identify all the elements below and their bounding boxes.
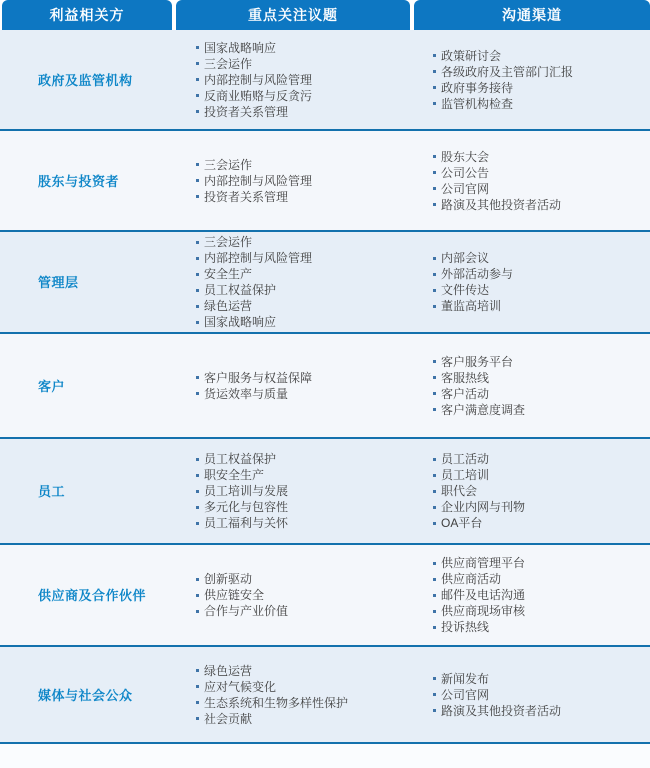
list-item: 董监高培训 — [433, 298, 650, 314]
list-item: 内部会议 — [433, 250, 650, 266]
topics-list: 三会运作内部控制与风险管理投资者关系管理 — [196, 157, 410, 205]
list-item: 公司官网 — [433, 687, 650, 703]
item-text: 职代会 — [441, 483, 477, 499]
bullet-icon — [196, 610, 199, 613]
item-text: 三会运作 — [204, 234, 252, 250]
table-row: 管理层 三会运作内部控制与风险管理安全生产员工权益保护绿色运营国家战略响应 内部… — [0, 232, 650, 334]
item-text: 公司公告 — [441, 165, 489, 181]
channels-cell: 政策研讨会各级政府及主管部门汇报政府事务接待监管机构检查 — [410, 48, 650, 112]
channels-cell: 员工活动员工培训职代会企业内网与刊物OA平台 — [410, 451, 650, 531]
item-text: 员工权益保护 — [204, 451, 276, 467]
list-item: 客服热线 — [433, 370, 650, 386]
bullet-icon — [433, 187, 436, 190]
bullet-icon — [196, 179, 199, 182]
item-text: 各级政府及主管部门汇报 — [441, 64, 573, 80]
bullet-icon — [433, 693, 436, 696]
bullet-icon — [433, 289, 436, 292]
list-item: 员工权益保护 — [196, 282, 410, 298]
list-item: 公司官网 — [433, 181, 650, 197]
list-item: 供应商活动 — [433, 571, 650, 587]
stakeholder-cell: 媒体与社会公众 — [0, 685, 172, 705]
item-text: 创新驱动 — [204, 571, 252, 587]
stakeholder-label: 供应商及合作伙伴 — [38, 588, 146, 603]
item-text: 新闻发布 — [441, 671, 489, 687]
list-item: 各级政府及主管部门汇报 — [433, 64, 650, 80]
item-text: 内部控制与风险管理 — [204, 173, 312, 189]
item-text: 三会运作 — [204, 56, 252, 72]
list-item: 股东大会 — [433, 149, 650, 165]
bullet-icon — [196, 392, 199, 395]
channels-cell: 内部会议外部活动参与文件传达董监高培训 — [410, 250, 650, 314]
list-item: OA平台 — [433, 515, 650, 531]
bullet-icon — [433, 171, 436, 174]
list-item: 绿色运营 — [196, 298, 410, 314]
bullet-icon — [433, 376, 436, 379]
item-text: 员工培训 — [441, 467, 489, 483]
item-text: 客户服务与权益保障 — [204, 370, 312, 386]
item-text: 内部控制与风险管理 — [204, 250, 312, 266]
item-text: 员工福利与关怀 — [204, 515, 288, 531]
item-text: 社会贡献 — [204, 711, 252, 727]
list-item: 路演及其他投资者活动 — [433, 197, 650, 213]
item-text: 公司官网 — [441, 181, 489, 197]
next-row-strip — [0, 744, 650, 768]
stakeholder-label: 股东与投资者 — [38, 174, 119, 189]
item-text: 客户服务平台 — [441, 354, 513, 370]
bullet-icon — [196, 578, 199, 581]
list-item: 国家战略响应 — [196, 314, 410, 330]
bullet-icon — [433, 408, 436, 411]
channels-list: 政策研讨会各级政府及主管部门汇报政府事务接待监管机构检查 — [433, 48, 650, 112]
item-text: 企业内网与刊物 — [441, 499, 525, 515]
list-item: 供应商现场审核 — [433, 603, 650, 619]
item-text: 政策研讨会 — [441, 48, 501, 64]
list-item: 内部控制与风险管理 — [196, 72, 410, 88]
topics-cell: 客户服务与权益保障货运效率与质量 — [172, 370, 410, 402]
bullet-icon — [196, 62, 199, 65]
bullet-icon — [433, 578, 436, 581]
bullet-icon — [196, 669, 199, 672]
stakeholder-label: 媒体与社会公众 — [38, 688, 133, 703]
stakeholder-label: 管理层 — [38, 275, 79, 290]
list-item: 货运效率与质量 — [196, 386, 410, 402]
list-item: 新闻发布 — [433, 671, 650, 687]
table-row: 客户 客户服务与权益保障货运效率与质量 客户服务平台客服热线客户活动客户满意度调… — [0, 334, 650, 439]
item-text: 员工权益保护 — [204, 282, 276, 298]
item-text: 职安全生产 — [204, 467, 264, 483]
stakeholder-cell: 供应商及合作伙伴 — [0, 585, 172, 605]
item-text: 投诉热线 — [441, 619, 489, 635]
topics-list: 员工权益保护职安全生产员工培训与发展多元化与包容性员工福利与关怀 — [196, 451, 410, 531]
bullet-icon — [196, 701, 199, 704]
table-row: 媒体与社会公众 绿色运营应对气候变化生态系统和生物多样性保护社会贡献 新闻发布公… — [0, 647, 650, 744]
list-item: 客户服务与权益保障 — [196, 370, 410, 386]
channels-cell: 供应商管理平台供应商活动邮件及电话沟通供应商现场审核投诉热线 — [410, 555, 650, 635]
item-text: 投资者关系管理 — [204, 189, 288, 205]
bullet-icon — [433, 610, 436, 613]
bullet-icon — [433, 562, 436, 565]
item-text: 国家战略响应 — [204, 40, 276, 56]
channels-list: 供应商管理平台供应商活动邮件及电话沟通供应商现场审核投诉热线 — [433, 555, 650, 635]
item-text: 国家战略响应 — [204, 314, 276, 330]
table-header: 利益相关方 重点关注议题 沟通渠道 — [0, 0, 650, 30]
bullet-icon — [433, 522, 436, 525]
list-item: 供应商管理平台 — [433, 555, 650, 571]
item-text: 外部活动参与 — [441, 266, 513, 282]
bullet-icon — [196, 94, 199, 97]
channels-list: 员工活动员工培训职代会企业内网与刊物OA平台 — [433, 451, 650, 531]
bullet-icon — [433, 155, 436, 158]
topics-list: 国家战略响应三会运作内部控制与风险管理反商业贿赂与反贪污投资者关系管理 — [196, 40, 410, 120]
table-row: 员工 员工权益保护职安全生产员工培训与发展多元化与包容性员工福利与关怀 员工活动… — [0, 439, 650, 545]
bullet-icon — [196, 594, 199, 597]
item-text: 供应商管理平台 — [441, 555, 525, 571]
topics-list: 客户服务与权益保障货运效率与质量 — [196, 370, 410, 402]
list-item: 政策研讨会 — [433, 48, 650, 64]
bullet-icon — [196, 195, 199, 198]
bullet-icon — [196, 78, 199, 81]
list-item: 外部活动参与 — [433, 266, 650, 282]
item-text: 多元化与包容性 — [204, 499, 288, 515]
list-item: 客户服务平台 — [433, 354, 650, 370]
list-item: 投诉热线 — [433, 619, 650, 635]
item-text: 内部控制与风险管理 — [204, 72, 312, 88]
bullet-icon — [433, 203, 436, 206]
bullet-icon — [433, 709, 436, 712]
bullet-icon — [433, 360, 436, 363]
bullet-icon — [433, 458, 436, 461]
list-item: 投资者关系管理 — [196, 104, 410, 120]
topics-cell: 国家战略响应三会运作内部控制与风险管理反商业贿赂与反贪污投资者关系管理 — [172, 40, 410, 120]
bullet-icon — [433, 490, 436, 493]
item-text: OA平台 — [441, 515, 482, 531]
channels-cell: 股东大会公司公告公司官网路演及其他投资者活动 — [410, 149, 650, 213]
list-item: 邮件及电话沟通 — [433, 587, 650, 603]
item-text: 公司官网 — [441, 687, 489, 703]
bullet-icon — [433, 86, 436, 89]
bullet-icon — [196, 506, 199, 509]
item-text: 文件传达 — [441, 282, 489, 298]
bullet-icon — [196, 305, 199, 308]
list-item: 政府事务接待 — [433, 80, 650, 96]
item-text: 供应商活动 — [441, 571, 501, 587]
list-item: 员工权益保护 — [196, 451, 410, 467]
item-text: 客服热线 — [441, 370, 489, 386]
bullet-icon — [433, 257, 436, 260]
bullet-icon — [196, 273, 199, 276]
list-item: 职安全生产 — [196, 467, 410, 483]
item-text: 政府事务接待 — [441, 80, 513, 96]
item-text: 供应商现场审核 — [441, 603, 525, 619]
list-item: 合作与产业价值 — [196, 603, 410, 619]
table-row: 政府及监管机构 国家战略响应三会运作内部控制与风险管理反商业贿赂与反贪污投资者关… — [0, 30, 650, 131]
list-item: 投资者关系管理 — [196, 189, 410, 205]
bullet-icon — [196, 458, 199, 461]
list-item: 供应链安全 — [196, 587, 410, 603]
bullet-icon — [433, 102, 436, 105]
table-row: 供应商及合作伙伴 创新驱动供应链安全合作与产业价值 供应商管理平台供应商活动邮件… — [0, 545, 650, 647]
list-item: 创新驱动 — [196, 571, 410, 587]
topics-cell: 三会运作内部控制与风险管理投资者关系管理 — [172, 157, 410, 205]
list-item: 多元化与包容性 — [196, 499, 410, 515]
stakeholder-cell: 股东与投资者 — [0, 171, 172, 191]
topics-cell: 员工权益保护职安全生产员工培训与发展多元化与包容性员工福利与关怀 — [172, 451, 410, 531]
list-item: 员工培训与发展 — [196, 483, 410, 499]
header-tab-stakeholders: 利益相关方 — [2, 0, 172, 30]
list-item: 三会运作 — [196, 234, 410, 250]
list-item: 国家战略响应 — [196, 40, 410, 56]
channels-list: 股东大会公司公告公司官网路演及其他投资者活动 — [433, 149, 650, 213]
item-text: 客户活动 — [441, 386, 489, 402]
list-item: 内部控制与风险管理 — [196, 173, 410, 189]
bullet-icon — [196, 289, 199, 292]
list-item: 企业内网与刊物 — [433, 499, 650, 515]
channels-list: 内部会议外部活动参与文件传达董监高培训 — [433, 250, 650, 314]
stakeholder-cell: 管理层 — [0, 272, 172, 292]
bullet-icon — [433, 506, 436, 509]
item-text: 三会运作 — [204, 157, 252, 173]
channels-cell: 新闻发布公司官网路演及其他投资者活动 — [410, 671, 650, 719]
item-text: 员工培训与发展 — [204, 483, 288, 499]
header-tab-topics: 重点关注议题 — [176, 0, 410, 30]
bullet-icon — [196, 685, 199, 688]
bullet-icon — [196, 717, 199, 720]
bullet-icon — [433, 70, 436, 73]
item-text: 监管机构检查 — [441, 96, 513, 112]
bullet-icon — [433, 305, 436, 308]
bullet-icon — [433, 54, 436, 57]
list-item: 反商业贿赂与反贪污 — [196, 88, 410, 104]
table-body: 政府及监管机构 国家战略响应三会运作内部控制与风险管理反商业贿赂与反贪污投资者关… — [0, 30, 650, 744]
bullet-icon — [196, 490, 199, 493]
list-item: 内部控制与风险管理 — [196, 250, 410, 266]
bullet-icon — [196, 163, 199, 166]
list-item: 三会运作 — [196, 56, 410, 72]
topics-cell: 三会运作内部控制与风险管理安全生产员工权益保护绿色运营国家战略响应 — [172, 234, 410, 330]
topics-list: 创新驱动供应链安全合作与产业价值 — [196, 571, 410, 619]
bullet-icon — [433, 273, 436, 276]
stakeholder-cell: 客户 — [0, 376, 172, 396]
bullet-icon — [433, 392, 436, 395]
bullet-icon — [196, 376, 199, 379]
list-item: 客户满意度调查 — [433, 402, 650, 418]
channels-list: 客户服务平台客服热线客户活动客户满意度调查 — [433, 354, 650, 418]
channels-list: 新闻发布公司官网路演及其他投资者活动 — [433, 671, 650, 719]
item-text: 内部会议 — [441, 250, 489, 266]
stakeholder-cell: 员工 — [0, 481, 172, 501]
stakeholder-table: 利益相关方 重点关注议题 沟通渠道 政府及监管机构 国家战略响应三会运作内部控制… — [0, 0, 650, 768]
bullet-icon — [196, 46, 199, 49]
list-item: 监管机构检查 — [433, 96, 650, 112]
list-item: 客户活动 — [433, 386, 650, 402]
list-item: 员工活动 — [433, 451, 650, 467]
bullet-icon — [196, 474, 199, 477]
list-item: 生态系统和生物多样性保护 — [196, 695, 410, 711]
item-text: 反商业贿赂与反贪污 — [204, 88, 312, 104]
stakeholder-label: 客户 — [38, 379, 65, 394]
bullet-icon — [196, 110, 199, 113]
item-text: 路演及其他投资者活动 — [441, 197, 561, 213]
stakeholder-cell: 政府及监管机构 — [0, 70, 172, 90]
item-text: 投资者关系管理 — [204, 104, 288, 120]
bullet-icon — [433, 677, 436, 680]
topics-cell: 绿色运营应对气候变化生态系统和生物多样性保护社会贡献 — [172, 663, 410, 727]
bullet-icon — [196, 522, 199, 525]
item-text: 绿色运营 — [204, 298, 252, 314]
item-text: 员工活动 — [441, 451, 489, 467]
list-item: 社会贡献 — [196, 711, 410, 727]
bullet-icon — [196, 241, 199, 244]
header-tab-channels: 沟通渠道 — [414, 0, 650, 30]
item-text: 客户满意度调查 — [441, 402, 525, 418]
topics-cell: 创新驱动供应链安全合作与产业价值 — [172, 571, 410, 619]
item-text: 合作与产业价值 — [204, 603, 288, 619]
item-text: 邮件及电话沟通 — [441, 587, 525, 603]
item-text: 绿色运营 — [204, 663, 252, 679]
item-text: 安全生产 — [204, 266, 252, 282]
bullet-icon — [433, 594, 436, 597]
stakeholder-label: 员工 — [38, 484, 65, 499]
list-item: 绿色运营 — [196, 663, 410, 679]
list-item: 职代会 — [433, 483, 650, 499]
channels-cell: 客户服务平台客服热线客户活动客户满意度调查 — [410, 354, 650, 418]
bullet-icon — [196, 321, 199, 324]
topics-list: 绿色运营应对气候变化生态系统和生物多样性保护社会贡献 — [196, 663, 410, 727]
list-item: 应对气候变化 — [196, 679, 410, 695]
item-text: 货运效率与质量 — [204, 386, 288, 402]
topics-list: 三会运作内部控制与风险管理安全生产员工权益保护绿色运营国家战略响应 — [196, 234, 410, 330]
list-item: 安全生产 — [196, 266, 410, 282]
list-item: 员工培训 — [433, 467, 650, 483]
list-item: 路演及其他投资者活动 — [433, 703, 650, 719]
bullet-icon — [433, 626, 436, 629]
item-text: 生态系统和生物多样性保护 — [204, 695, 348, 711]
list-item: 员工福利与关怀 — [196, 515, 410, 531]
item-text: 应对气候变化 — [204, 679, 276, 695]
item-text: 董监高培训 — [441, 298, 501, 314]
list-item: 三会运作 — [196, 157, 410, 173]
list-item: 公司公告 — [433, 165, 650, 181]
bullet-icon — [196, 257, 199, 260]
bullet-icon — [433, 474, 436, 477]
stakeholder-label: 政府及监管机构 — [38, 73, 133, 88]
item-text: 供应链安全 — [204, 587, 264, 603]
item-text: 股东大会 — [441, 149, 489, 165]
item-text: 路演及其他投资者活动 — [441, 703, 561, 719]
table-row: 股东与投资者 三会运作内部控制与风险管理投资者关系管理 股东大会公司公告公司官网… — [0, 131, 650, 232]
list-item: 文件传达 — [433, 282, 650, 298]
